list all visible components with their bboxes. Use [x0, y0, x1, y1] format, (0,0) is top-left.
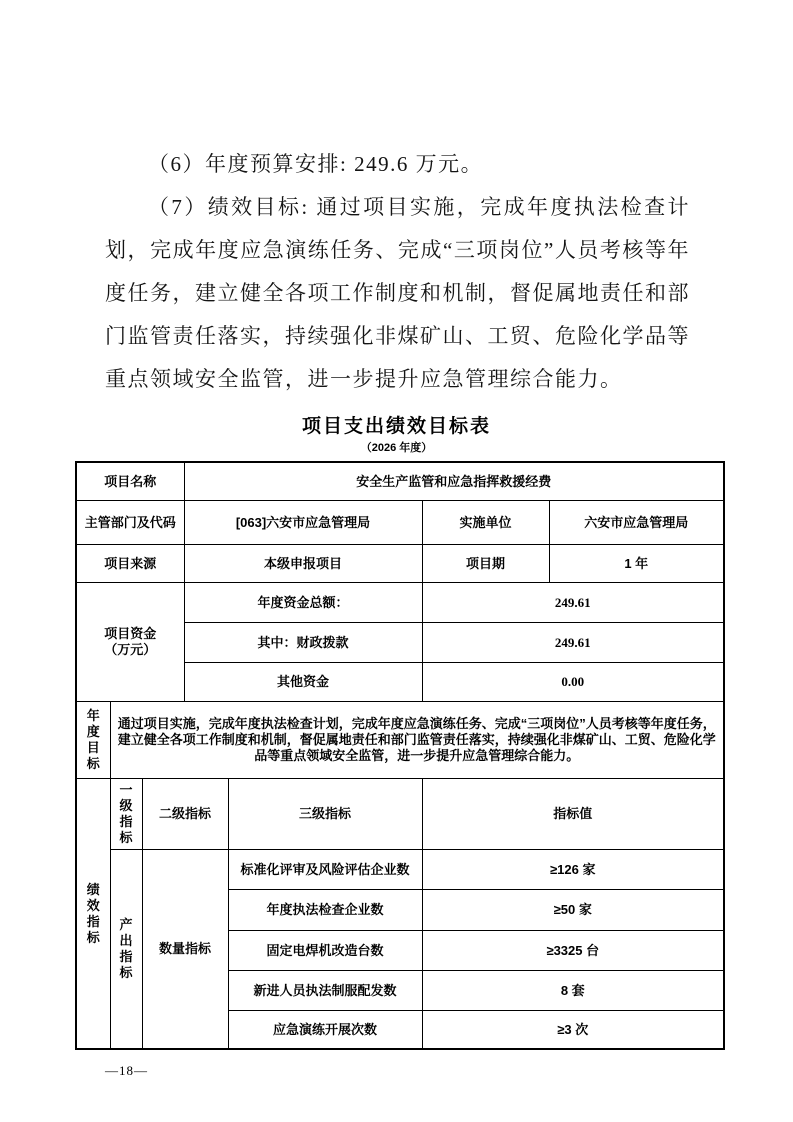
- document-page: （6）年度预算安排: 249.6 万元。 （7）绩效目标: 通过项目实施，完成年…: [0, 0, 793, 1122]
- indicator-value-cell: ≥3 次: [422, 1011, 724, 1050]
- project-funds-label: 项目资金 （万元）: [76, 583, 184, 702]
- level1-indicator-header: 一级指标: [110, 779, 142, 850]
- level2-indicator-header: 二级指标: [142, 779, 228, 850]
- fund-total-label: 年度资金总额：: [184, 583, 422, 623]
- row-project-name: 项目名称 安全生产监管和应急指挥救援经费: [76, 462, 724, 501]
- project-source-label: 项目来源: [76, 545, 184, 583]
- project-period-value: 1 年: [549, 545, 724, 583]
- project-source-value: 本级申报项目: [184, 545, 422, 583]
- body-text: （6）年度预算安排: 249.6 万元。 （7）绩效目标: 通过项目实施，完成年…: [105, 143, 690, 401]
- indicator-name-cell: 新进人员执法制服配发数: [228, 971, 422, 1011]
- fund-total-value: 249.61: [422, 583, 724, 623]
- dept-code-value: [063]六安市应急管理局: [184, 501, 422, 545]
- annual-goal-text: 通过项目实施，完成年度执法检查计划，完成年度应急演练任务、完成“三项岗位”人员考…: [110, 702, 724, 779]
- indicator-value-cell: ≥50 家: [422, 890, 724, 931]
- row-indicator-header: 绩效指标 一级指标 二级指标 三级指标 指标值: [76, 779, 724, 850]
- level2-indicator-value: 数量指标: [142, 850, 228, 1050]
- indicator-name-cell: 应急演练开展次数: [228, 1011, 422, 1050]
- impl-unit-label: 实施单位: [422, 501, 549, 545]
- fund-other-label: 其他资金: [184, 663, 422, 702]
- row-annual-goal: 年度目标 通过项目实施，完成年度执法检查计划，完成年度应急演练任务、完成“三项岗…: [76, 702, 724, 779]
- indicator-name-cell: 年度执法检查企业数: [228, 890, 422, 931]
- row-project-source: 项目来源 本级申报项目 项目期 1 年: [76, 545, 724, 583]
- level1-indicator-value: 产出指标: [110, 850, 142, 1050]
- indicator-row: 产出指标 数量指标 标准化评审及风险评估企业数 ≥126 家: [76, 850, 724, 890]
- row-fund-total: 项目资金 （万元） 年度资金总额： 249.61: [76, 583, 724, 623]
- indicator-value-cell: ≥3325 台: [422, 931, 724, 971]
- table-subtitle: （2026 年度）: [0, 441, 793, 456]
- project-name-label: 项目名称: [76, 462, 184, 501]
- perf-indicator-label: 绩效指标: [76, 779, 110, 1050]
- indicator-value-cell: ≥126 家: [422, 850, 724, 890]
- level3-indicator-header: 三级指标: [228, 779, 422, 850]
- fund-fiscal-value: 249.61: [422, 623, 724, 663]
- indicator-name-cell: 固定电焊机改造台数: [228, 931, 422, 971]
- dept-code-label: 主管部门及代码: [76, 501, 184, 545]
- indicator-value-header: 指标值: [422, 779, 724, 850]
- impl-unit-value: 六安市应急管理局: [549, 501, 724, 545]
- table-title: 项目支出绩效目标表: [0, 414, 793, 440]
- paragraph-performance-goal: （7）绩效目标: 通过项目实施，完成年度执法检查计划，完成年度应急演练任务、完成…: [105, 186, 690, 401]
- page-number: —18—: [105, 1063, 793, 1079]
- performance-target-table: 项目名称 安全生产监管和应急指挥救援经费 主管部门及代码 [063]六安市应急管…: [75, 461, 725, 1050]
- indicator-value-cell: 8 套: [422, 971, 724, 1011]
- project-name-value: 安全生产监管和应急指挥救援经费: [184, 462, 724, 501]
- fund-other-value: 0.00: [422, 663, 724, 702]
- annual-goal-label: 年度目标: [76, 702, 110, 779]
- indicator-name-cell: 标准化评审及风险评估企业数: [228, 850, 422, 890]
- fund-fiscal-label: 其中：财政拨款: [184, 623, 422, 663]
- row-department: 主管部门及代码 [063]六安市应急管理局 实施单位 六安市应急管理局: [76, 501, 724, 545]
- project-period-label: 项目期: [422, 545, 549, 583]
- paragraph-budget: （6）年度预算安排: 249.6 万元。: [105, 143, 690, 186]
